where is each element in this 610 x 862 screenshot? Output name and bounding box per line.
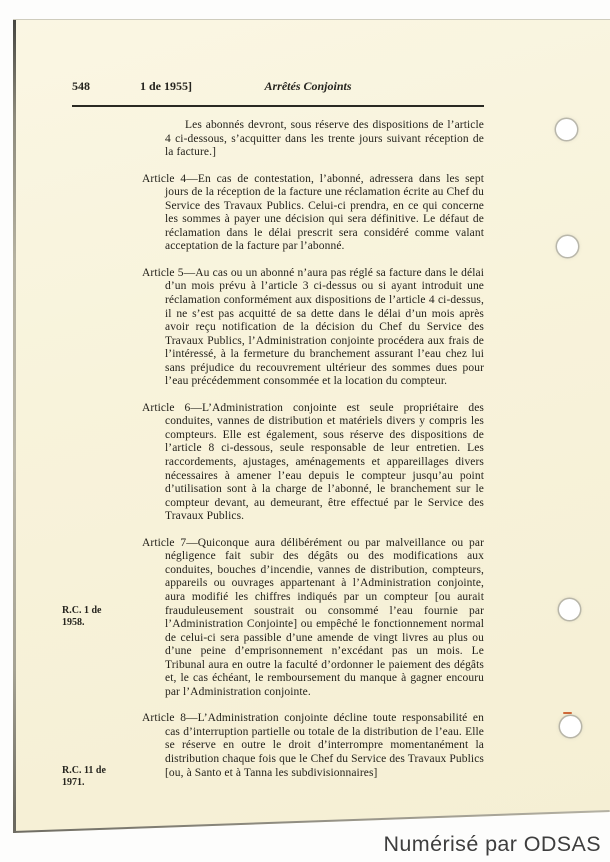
margin-note-line: R.C. 1 de xyxy=(62,605,101,616)
scanned-document-canvas: 548 1 de 1955] Arrêtés Conjoints Les abo… xyxy=(0,0,610,862)
paragraph-article-8: Article 8—L’Administration conjointe déc… xyxy=(142,712,484,780)
paragraph-article-6: Article 6—L’Administration conjointe est… xyxy=(142,402,484,524)
margin-note-line: R.C. 11 de xyxy=(62,765,106,776)
page-left-edge xyxy=(13,19,16,833)
header-issue-ref: 1 de 1955] xyxy=(140,79,192,94)
punch-hole xyxy=(557,236,578,257)
body-text: Les abonnés devront, sous réserve des di… xyxy=(142,119,484,793)
paragraph-article-7: Article 7—Quiconque aura délibérément ou… xyxy=(142,537,484,700)
page-top-edge xyxy=(13,19,610,20)
punch-hole xyxy=(559,599,580,620)
header-rule xyxy=(72,105,484,107)
page-number: 548 xyxy=(72,79,90,94)
paragraph-article-4: Article 4—En cas de contestation, l’abon… xyxy=(142,173,484,254)
header-title: Arrêtés Conjoints xyxy=(227,79,389,94)
paragraph-continuation: Les abonnés devront, sous réserve des di… xyxy=(142,119,484,160)
punch-hole xyxy=(560,716,581,737)
document-page: 548 1 de 1955] Arrêtés Conjoints Les abo… xyxy=(13,19,610,833)
red-ink-mark xyxy=(563,712,572,714)
margin-note-rc-11-1971: R.C. 11 de 1971. xyxy=(62,765,132,788)
margin-note-line: 1971. xyxy=(62,777,85,788)
punch-hole xyxy=(556,119,577,140)
margin-note-rc-1-1958: R.C. 1 de 1958. xyxy=(62,605,132,628)
margin-note-line: 1958. xyxy=(62,617,85,628)
paragraph-article-5: Article 5—Au cas ou un abonné n’aura pas… xyxy=(142,267,484,389)
odsas-watermark: Numérisé par ODSAS xyxy=(384,832,602,857)
